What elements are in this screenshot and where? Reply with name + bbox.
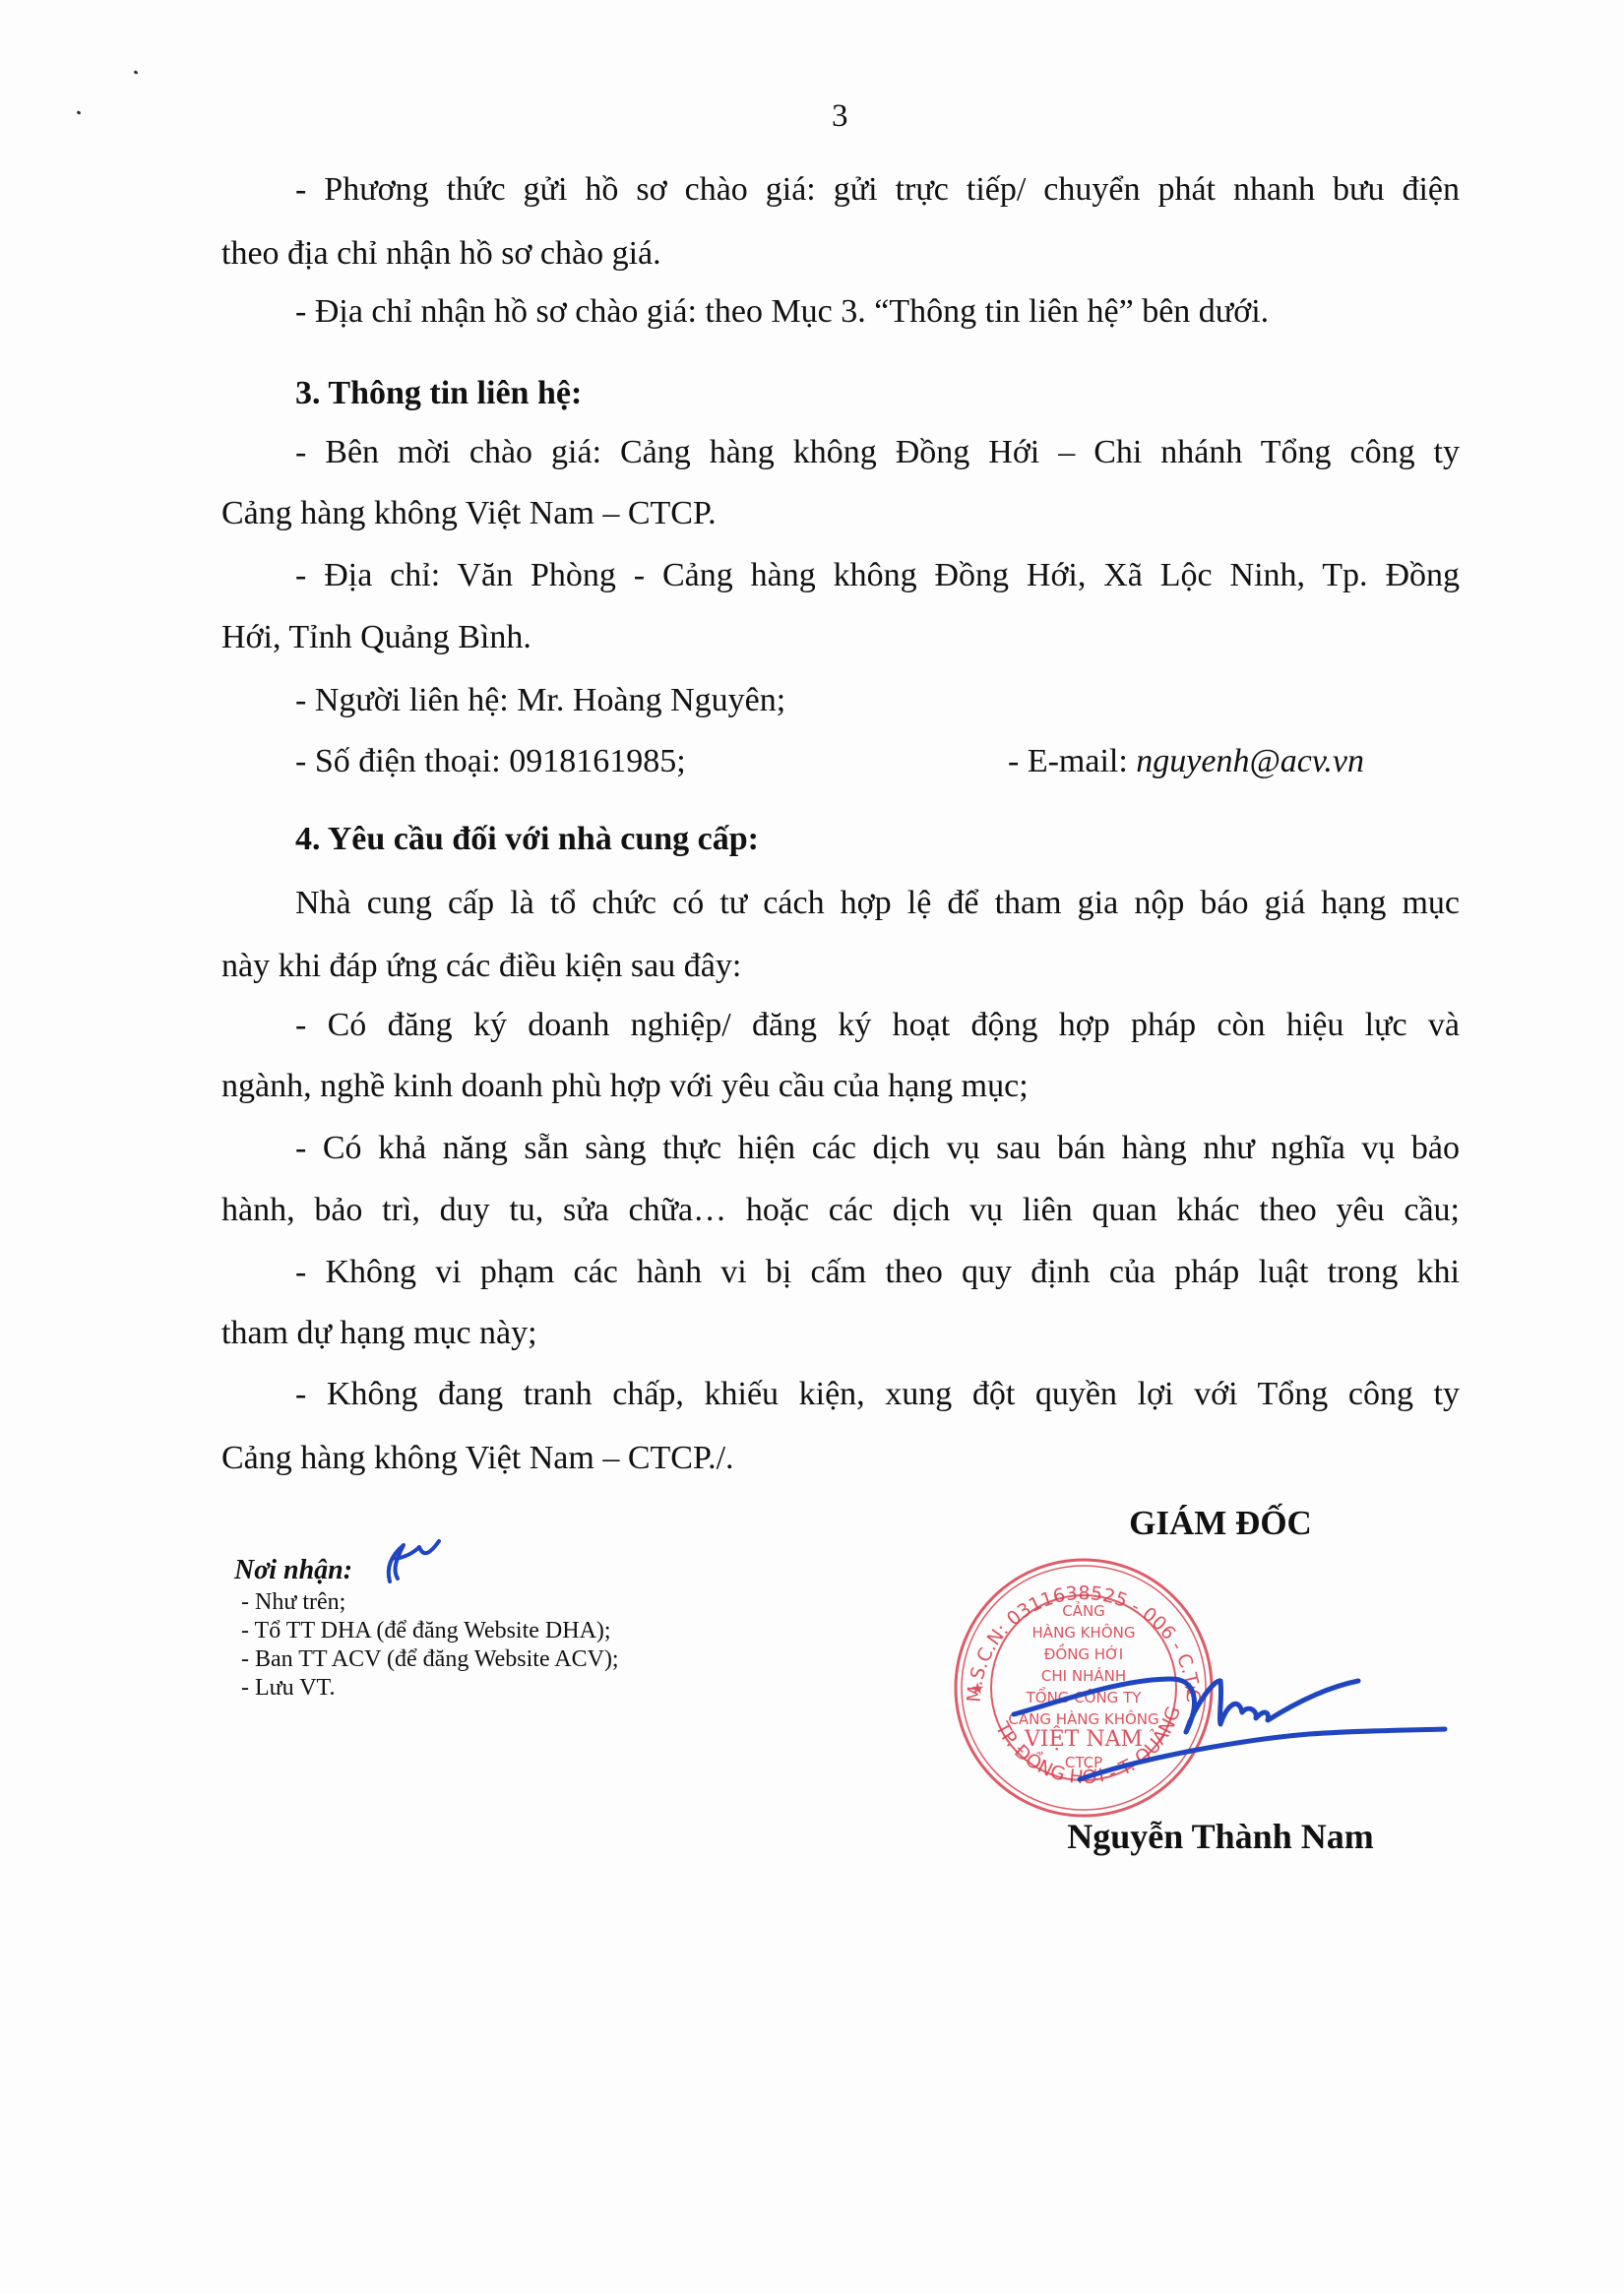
svg-text:CẢNG: CẢNG	[1062, 1600, 1105, 1620]
svg-text:ĐỒNG HỚI: ĐỒNG HỚI	[1044, 1643, 1123, 1663]
svg-text:TỔNG CÔNG TY: TỔNG CÔNG TY	[1026, 1686, 1143, 1706]
email-link[interactable]: nguyenh@acv.vn	[1136, 743, 1364, 779]
paragraph-line: theo địa chỉ nhận hồ sơ chào giá.	[221, 234, 1460, 274]
paragraph-line: - Có đăng ký doanh nghiệp/ đăng ký hoạt …	[295, 1006, 1460, 1045]
svg-text:★: ★	[970, 1679, 984, 1698]
recipients-title: Nơi nhận:	[234, 1553, 619, 1588]
section-heading-requirements: 4. Yêu cầu đối với nhà cung cấp:	[295, 820, 1460, 859]
svg-text:CTCP: CTCP	[1065, 1754, 1102, 1771]
paragraph-line: tham dự hạng mục này;	[221, 1314, 1460, 1353]
paragraph-line: - Bên mời chào giá: Cảng hàng không Đồng…	[295, 433, 1460, 472]
paragraph-line: Cảng hàng không Việt Nam – CTCP.	[221, 494, 1460, 533]
recipients-block: Nơi nhận: - Như trên; - Tổ TT DHA (để đă…	[234, 1553, 619, 1703]
paragraph-line: ngành, nghề kinh doanh phù hợp với yêu c…	[221, 1067, 1460, 1106]
recipient-item: - Lưu VT.	[241, 1674, 619, 1703]
signer-name: Nguyễn Thành Nam	[1024, 1816, 1417, 1857]
paragraph-line: - Có khả năng sẵn sàng thực hiện các dịc…	[295, 1129, 1460, 1168]
paragraph-line: - Không vi phạm các hành vi bị cấm theo …	[295, 1253, 1460, 1292]
scan-speck	[77, 110, 82, 115]
paragraph-line: - Phương thức gửi hồ sơ chào giá: gửi tr…	[295, 170, 1460, 210]
paragraph-line: Hới, Tỉnh Quảng Bình.	[221, 618, 1460, 657]
page-number: 3	[832, 98, 848, 135]
paragraph-line: Nhà cung cấp là tổ chức có tư cách hợp l…	[295, 884, 1460, 923]
paragraph-line: hành, bảo trì, duy tu, sửa chữa… hoặc cá…	[221, 1191, 1460, 1230]
paragraph-line: - Địa chỉ nhận hồ sơ chào giá: theo Mục …	[295, 292, 1460, 332]
svg-text:CẢNG HÀNG KHÔNG: CẢNG HÀNG KHÔNG	[1008, 1708, 1158, 1728]
svg-text:CHI NHÁNH: CHI NHÁNH	[1041, 1666, 1126, 1685]
recipient-item: - Ban TT ACV (để đăng Website ACV);	[241, 1645, 619, 1674]
company-seal-stamp: M.S.C.N: 0311638525 - 006 - C.T.C.P TP. …	[951, 1555, 1217, 1821]
email-label: - E-mail:	[1008, 743, 1136, 779]
contact-email: - E-mail: nguyenh@acv.vn	[1008, 742, 1364, 781]
paragraph-line: - Không đang tranh chấp, khiếu kiện, xun…	[295, 1375, 1460, 1414]
svg-text:VIỆT NAM: VIỆT NAM	[1024, 1726, 1143, 1752]
svg-text:HÀNG KHÔNG: HÀNG KHÔNG	[1032, 1623, 1136, 1642]
paragraph-line: - Địa chỉ: Văn Phòng - Cảng hàng không Đ…	[295, 556, 1460, 595]
svg-text:★: ★	[1183, 1679, 1197, 1698]
signer-title: GIÁM ĐỐC	[1073, 1504, 1368, 1543]
scan-speck	[134, 70, 139, 75]
recipient-item: - Như trên;	[241, 1588, 619, 1617]
paragraph-line: Cảng hàng không Việt Nam – CTCP./.	[221, 1439, 1460, 1478]
paragraph-line: này khi đáp ứng các điều kiện sau đây:	[221, 947, 1460, 986]
section-heading-contact: 3. Thông tin liên hệ:	[295, 374, 1460, 413]
contact-person: - Người liên hệ: Mr. Hoàng Nguyên;	[295, 681, 1460, 720]
recipient-item: - Tổ TT DHA (để đăng Website DHA);	[241, 1617, 619, 1645]
